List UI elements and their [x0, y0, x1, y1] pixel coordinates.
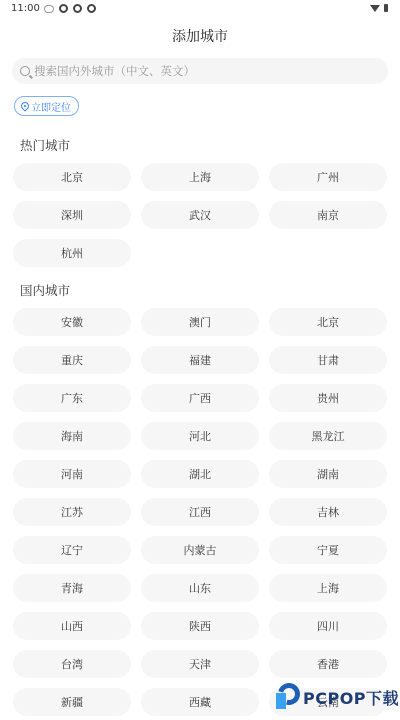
pcpop-logo-icon: [276, 683, 300, 711]
city-chip[interactable]: 山东: [141, 574, 259, 602]
search-bar[interactable]: [12, 58, 388, 84]
city-chip[interactable]: 黑龙江: [269, 422, 387, 450]
city-chip[interactable]: 上海: [141, 163, 259, 191]
city-chip[interactable]: 香港: [269, 650, 387, 678]
city-chip[interactable]: 海南: [13, 422, 131, 450]
city-chip[interactable]: 江西: [141, 498, 259, 526]
city-chip[interactable]: 陕西: [141, 612, 259, 640]
notification-icons: [44, 4, 96, 13]
watermark: PCPOP下载: [276, 683, 399, 711]
city-chip[interactable]: 山西: [13, 612, 131, 640]
city-chip[interactable]: 四川: [269, 612, 387, 640]
wifi-icon: [370, 5, 380, 12]
city-chip[interactable]: 上海: [269, 574, 387, 602]
city-chip[interactable]: 天津: [141, 650, 259, 678]
city-chip[interactable]: 湖北: [141, 460, 259, 488]
city-chip[interactable]: 深圳: [13, 201, 131, 229]
gear-icon: [73, 4, 82, 13]
watermark-text: PCPOP下载: [303, 686, 399, 709]
search-icon: [20, 66, 30, 76]
system-icons: [370, 4, 388, 12]
city-chip[interactable]: 广西: [141, 384, 259, 412]
city-chip[interactable]: 西藏: [141, 688, 259, 716]
status-time: 11:00: [11, 3, 40, 14]
city-chip[interactable]: 北京: [13, 163, 131, 191]
city-chip[interactable]: 内蒙古: [141, 536, 259, 564]
page-title: 添加城市: [0, 26, 400, 46]
domestic-cities-title: 国内城市: [20, 281, 70, 299]
city-chip[interactable]: 广州: [269, 163, 387, 191]
battery-icon: [384, 4, 388, 12]
cloud-icon: [44, 5, 54, 13]
city-chip[interactable]: 台湾: [13, 650, 131, 678]
city-chip[interactable]: 南京: [269, 201, 387, 229]
locate-now-label: 立即定位: [31, 99, 71, 114]
domestic-cities-grid: 安徽澳门北京重庆福建甘肃广东广西贵州海南河北黑龙江河南湖北湖南江苏江西吉林辽宁内…: [13, 308, 387, 716]
city-chip[interactable]: 安徽: [13, 308, 131, 336]
hot-cities-title: 热门城市: [20, 136, 70, 154]
gear-icon: [59, 4, 68, 13]
city-chip[interactable]: 武汉: [141, 201, 259, 229]
gear-icon: [87, 4, 96, 13]
city-chip[interactable]: 吉林: [269, 498, 387, 526]
city-chip[interactable]: 河南: [13, 460, 131, 488]
city-chip[interactable]: 杭州: [13, 239, 131, 267]
city-chip[interactable]: 贵州: [269, 384, 387, 412]
city-chip[interactable]: 重庆: [13, 346, 131, 374]
city-chip[interactable]: 广东: [13, 384, 131, 412]
city-chip[interactable]: 福建: [141, 346, 259, 374]
city-chip[interactable]: 湖南: [269, 460, 387, 488]
city-chip[interactable]: 新疆: [13, 688, 131, 716]
city-chip[interactable]: 青海: [13, 574, 131, 602]
status-bar: 11:00: [0, 0, 400, 20]
city-chip[interactable]: 甘肃: [269, 346, 387, 374]
city-chip[interactable]: 澳门: [141, 308, 259, 336]
city-chip[interactable]: 河北: [141, 422, 259, 450]
city-chip[interactable]: 江苏: [13, 498, 131, 526]
city-chip[interactable]: 辽宁: [13, 536, 131, 564]
city-chip[interactable]: 北京: [269, 308, 387, 336]
hot-cities-grid: 北京上海广州深圳武汉南京杭州: [13, 163, 387, 267]
city-chip[interactable]: 宁夏: [269, 536, 387, 564]
location-pin-icon: [19, 100, 30, 111]
locate-now-button[interactable]: 立即定位: [14, 96, 79, 116]
search-input[interactable]: [34, 64, 364, 78]
